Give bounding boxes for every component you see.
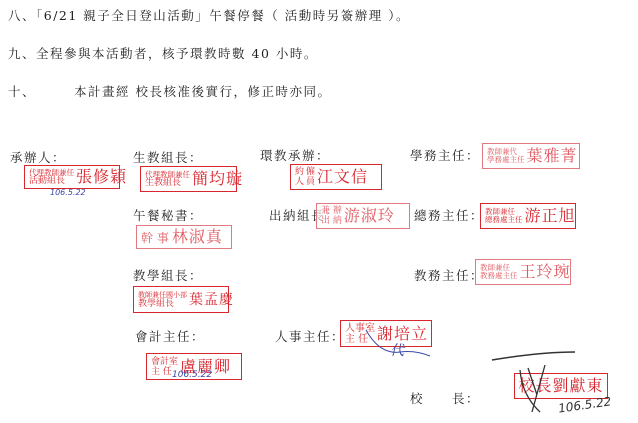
lunch-label: 午餐秘書： xyxy=(133,206,203,224)
personnel-handwritten-mark: 代 xyxy=(390,340,404,360)
env-ed-label: 環教承辦： xyxy=(260,146,330,164)
clause-10: 十、本計畫經 校長核准後實行，修正時亦同。 xyxy=(8,82,332,100)
stamp-title: 主 任 xyxy=(345,334,375,345)
clause-9: 九、全程參與本活動者，核予環教時數 40 小時。 xyxy=(8,44,318,62)
stamp-title: 活動組長 xyxy=(29,177,74,186)
teaching-lead-stamp: 教師兼任國小部教學組長 葉孟慶 xyxy=(133,286,229,313)
accounting-label: 會計主任： xyxy=(135,327,205,345)
organizer-stamp: 代理教師兼任活動組長 張修穎 xyxy=(24,165,120,189)
stamp-name: 張修穎 xyxy=(76,168,127,186)
stamp-name: 王玲琬 xyxy=(520,263,571,281)
stamp-name: 葉雅菁 xyxy=(527,147,578,165)
stamp-title: 教務處主任 xyxy=(480,272,518,281)
stamp-title: 會計室 xyxy=(151,357,178,367)
stamp-title: 僱 xyxy=(306,167,315,177)
stamp-title: 約 xyxy=(295,167,304,177)
clause-text: 本計畫經 校長核准後實行，修正時亦同。 xyxy=(74,84,331,99)
principal-label: 校 長： xyxy=(410,389,480,407)
stamp-name: 校長劉獻東 xyxy=(519,377,604,395)
clause-text: 全程參與本活動者，核予環教時數 40 小時。 xyxy=(36,46,318,61)
stamp-name: 簡均璇 xyxy=(192,170,243,188)
accounting-handwritten-date: 106.5.22 xyxy=(172,370,212,380)
principal-stamp: 校長劉獻東 xyxy=(514,373,608,399)
teaching-lead-label: 教學組長： xyxy=(133,266,203,284)
clause-number: 八、 xyxy=(8,8,36,23)
stamp-title: 教學組長 xyxy=(138,300,187,309)
stamp-name: 游正旭 xyxy=(525,207,576,225)
clause-text: 「6/21 親子全日登山活動」午餐停餐（ 活動時另簽辦理 ）。 xyxy=(36,8,410,23)
personnel-label: 人事主任： xyxy=(275,327,345,345)
env-ed-stamp: 約人 僱員 江文信 xyxy=(290,164,382,190)
stamp-title: 人 xyxy=(295,177,304,187)
organizer-label: 承辦人： xyxy=(10,148,66,166)
stamp-title: 總務處主任 xyxy=(485,216,523,225)
stamp-name: 林淑真 xyxy=(172,228,223,246)
stamp-title: 生教組長 xyxy=(145,179,190,188)
stamp-name: 葉孟慶 xyxy=(189,291,234,309)
stamp-name: 江文信 xyxy=(317,168,368,186)
general-label: 總務主任： xyxy=(414,206,484,224)
stamp-title: 員 xyxy=(306,177,315,187)
teaching-dir-stamp: 教師兼任教務處主任 王玲琬 xyxy=(475,259,571,285)
academic-stamp: 教師兼代學務處主任 葉雅菁 xyxy=(482,143,580,169)
stamp-title: 幹 事 xyxy=(141,229,169,246)
stamp-title: 學務處主任 xyxy=(487,156,525,165)
life-ed-label: 生教組長： xyxy=(133,148,203,166)
clause-number: 十、 xyxy=(8,84,36,99)
clause-8: 八、「6/21 親子全日登山活動」午餐停餐（ 活動時另簽辦理 ）。 xyxy=(8,6,410,24)
general-stamp: 教師兼任總務處主任 游正旭 xyxy=(480,203,576,229)
organizer-handwritten-date: 106.5.22 xyxy=(50,188,86,197)
personnel-stamp: 人事室主 任 謝培立 xyxy=(340,320,432,347)
stamp-title: 兼 辦 xyxy=(321,206,342,216)
lunch-stamp: 幹 事 林淑真 xyxy=(136,225,232,249)
cashier-stamp: 兼 辦出 納 游淑玲 xyxy=(316,203,410,229)
stamp-title: 出 納 xyxy=(321,216,342,226)
clause-number: 九、 xyxy=(8,46,36,61)
stamp-title: 人事室 xyxy=(345,323,375,334)
academic-label: 學務主任： xyxy=(410,146,480,164)
stamp-name: 游淑玲 xyxy=(344,207,395,225)
life-ed-stamp: 代理教師兼任生教組長 簡均璇 xyxy=(140,166,237,192)
teaching-dir-label: 教務主任： xyxy=(414,266,484,284)
